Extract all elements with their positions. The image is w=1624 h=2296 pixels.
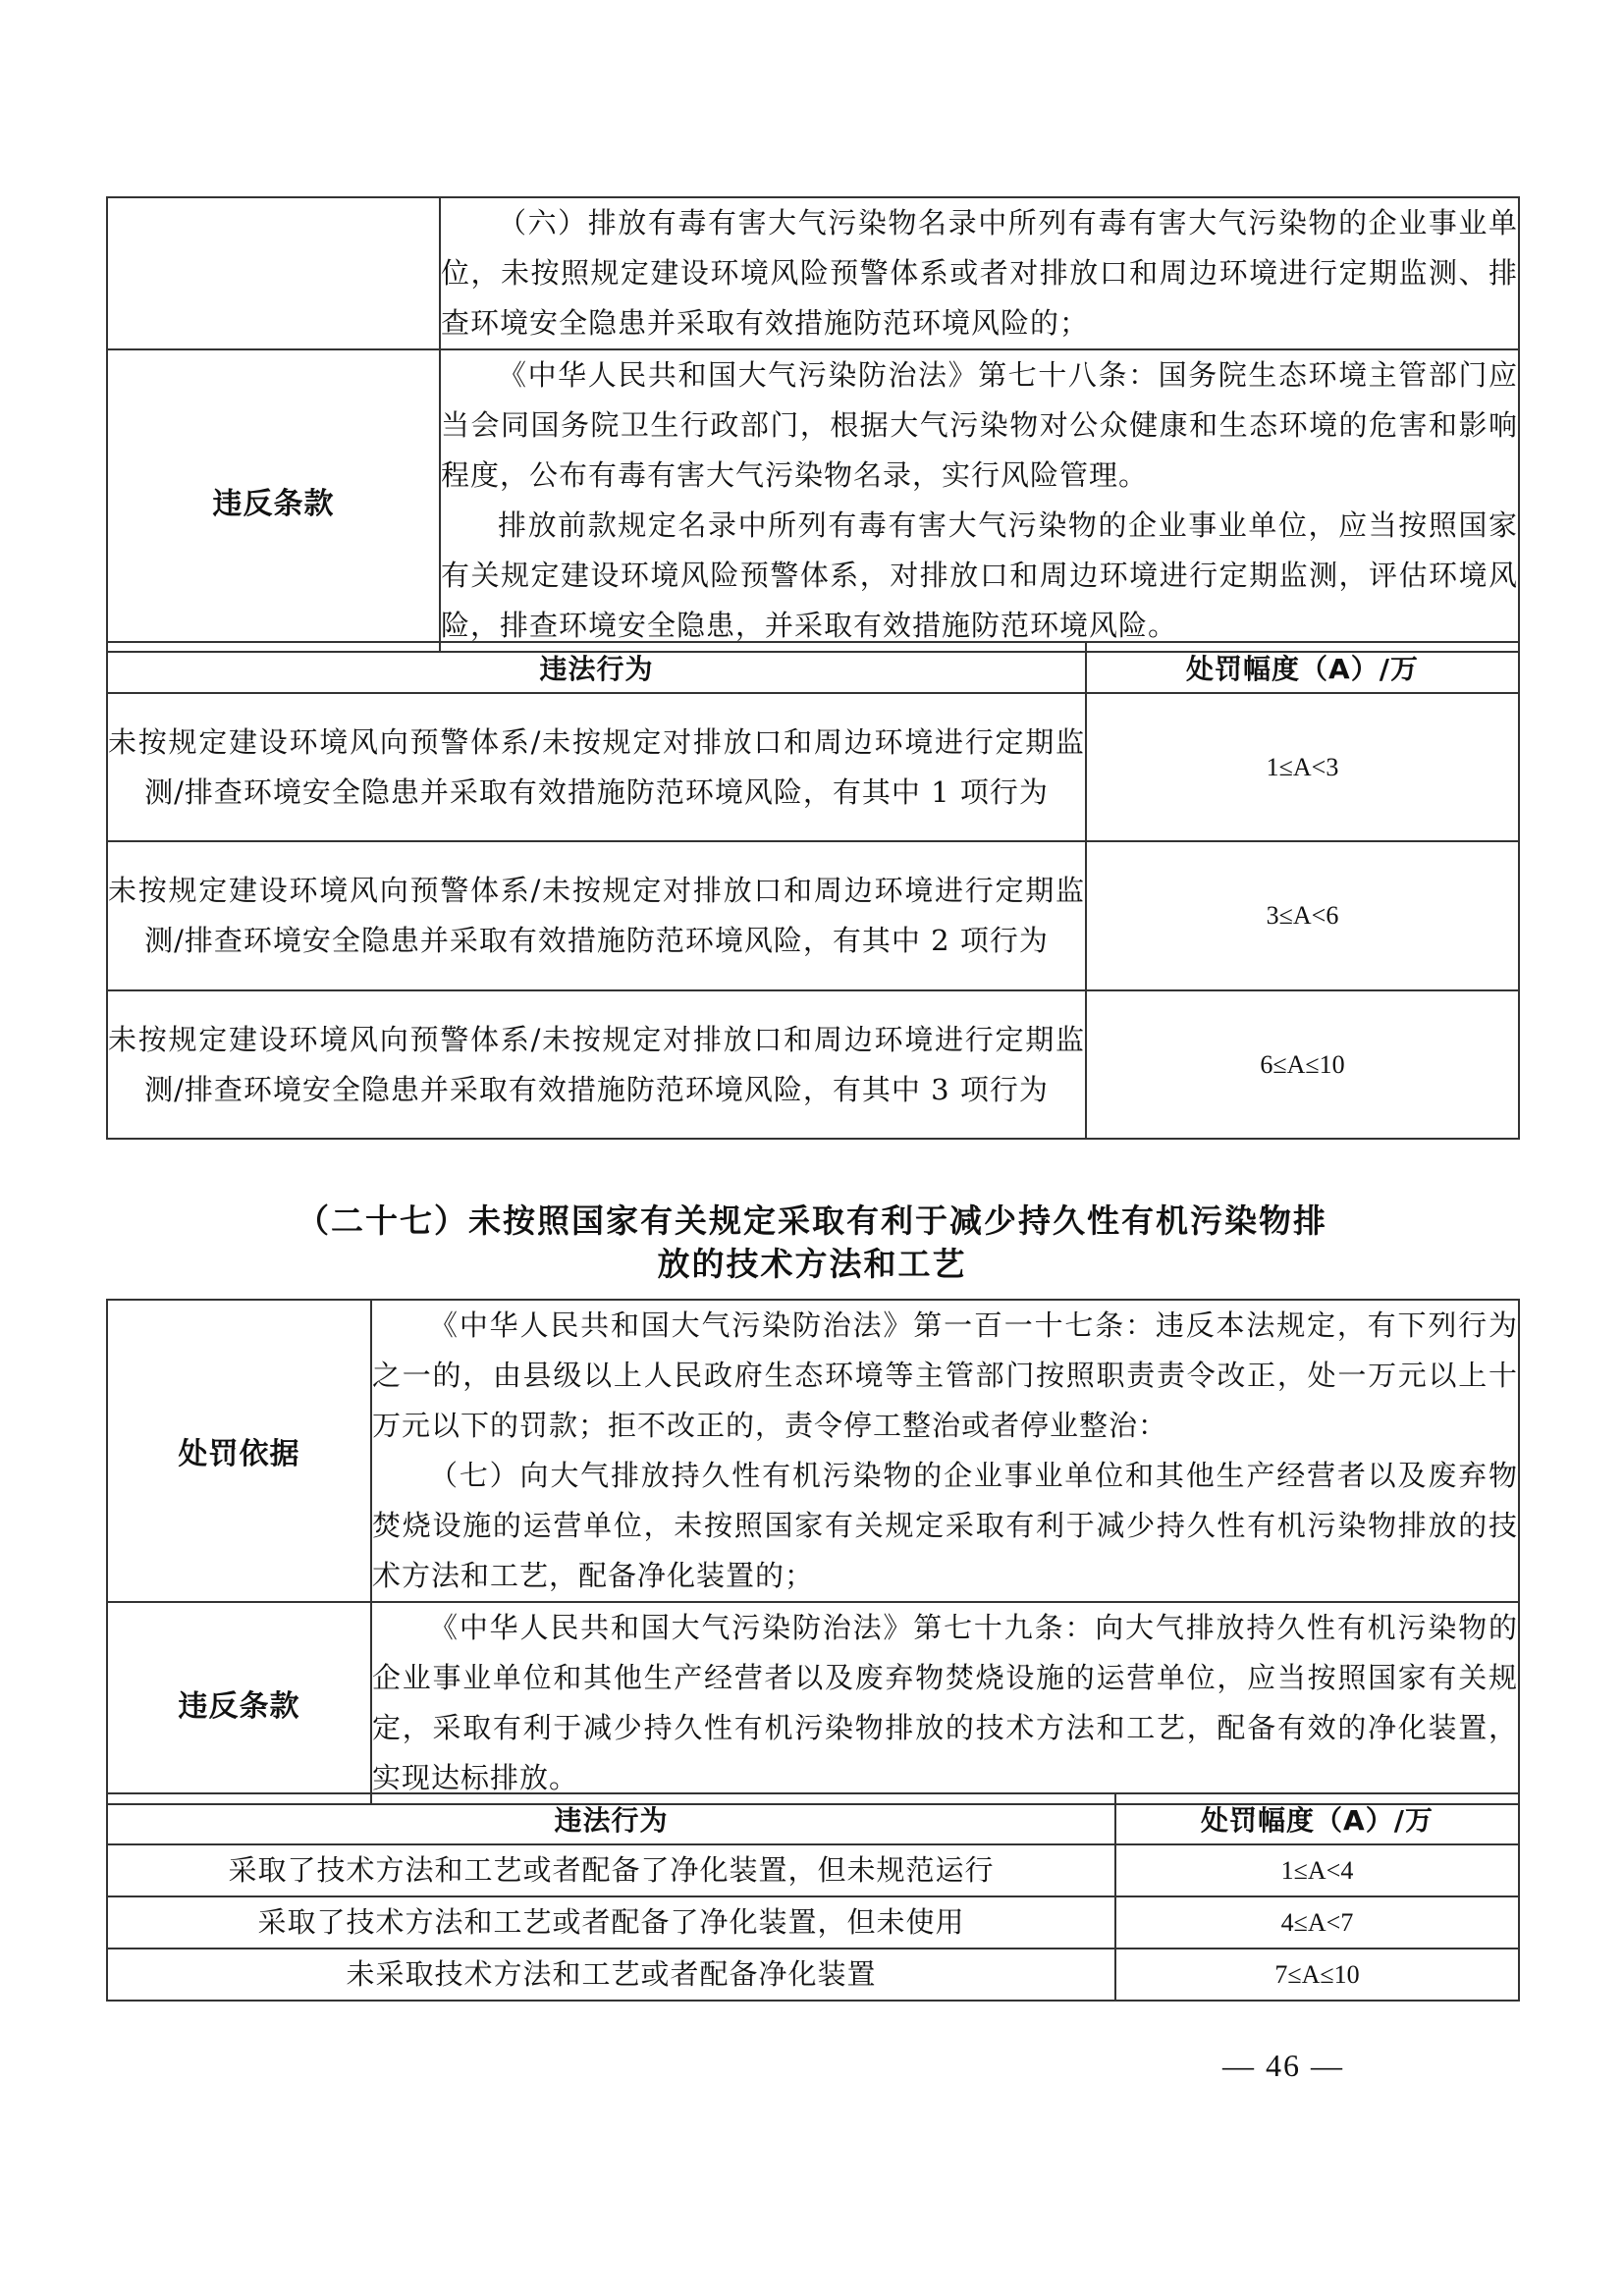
paragraph: （六）排放有毒有害大气污染物名录中所列有毒有害大气污染物的企业事业单位，未按照规… [441, 198, 1518, 348]
behavior-cell: 未采取技术方法和工艺或者配备净化装置 [107, 1949, 1115, 2001]
penalty-range-cell: 6≤A≤10 [1086, 990, 1519, 1139]
section-title: （二十七）未按照国家有关规定采取有利于减少持久性有机污染物排 放的技术方法和工艺 [106, 1200, 1518, 1286]
table2-header-behavior: 违法行为 [107, 1793, 1115, 1844]
paragraph: 《中华人民共和国大气污染防治法》第一百一十七条：违反本法规定，有下列行为之一的，… [372, 1301, 1518, 1451]
table2-basis-row: 处罚依据 《中华人民共和国大气污染防治法》第一百一十七条：违反本法规定，有下列行… [107, 1300, 1519, 1602]
paragraph: 《中华人民共和国大气污染防治法》第七十九条：向大气排放持久性有机污染物的企业事业… [372, 1603, 1518, 1803]
table2-violated-clause-text: 《中华人民共和国大气污染防治法》第七十九条：向大气排放持久性有机污染物的企业事业… [371, 1602, 1519, 1804]
table-row: 未按规定建设环境风向预警体系/未按规定对排放口和周边环境进行定期监测/排查环境安… [107, 990, 1519, 1139]
behavior-cell: 采取了技术方法和工艺或者配备了净化装置，但未规范运行 [107, 1844, 1115, 1896]
table2-violated-clause-row: 违反条款 《中华人民共和国大气污染防治法》第七十九条：向大气排放持久性有机污染物… [107, 1602, 1519, 1804]
section-title-line2: 放的技术方法和工艺 [106, 1243, 1518, 1286]
penalty-range-cell: 4≤A<7 [1115, 1896, 1519, 1949]
table-row: 未按规定建设环境风向预警体系/未按规定对排放口和周边环境进行定期监测/排查环境安… [107, 693, 1519, 841]
table2-basis-text: 《中华人民共和国大气污染防治法》第一百一十七条：违反本法规定，有下列行为之一的，… [371, 1300, 1519, 1602]
paragraph: 排放前款规定名录中所列有毒有害大气污染物的企业事业单位，应当按照国家有关规定建设… [441, 501, 1518, 651]
penalty-range-cell: 1≤A<3 [1086, 693, 1519, 841]
table-row: 未按规定建设环境风向预警体系/未按规定对排放口和周边环境进行定期监测/排查环境安… [107, 841, 1519, 990]
table-row: 未采取技术方法和工艺或者配备净化装置 7≤A≤10 [107, 1949, 1519, 2001]
penalty-range-cell: 1≤A<4 [1115, 1844, 1519, 1896]
section-title-line1: （二十七）未按照国家有关规定采取有利于减少持久性有机污染物排 [106, 1200, 1518, 1243]
table1-violated-clause-text: 《中华人民共和国大气污染防治法》第七十八条：国务院生态环境主管部门应当会同国务院… [440, 349, 1519, 652]
table-row: 采取了技术方法和工艺或者配备了净化装置，但未规范运行 1≤A<4 [107, 1844, 1519, 1896]
paragraph: （七）向大气排放持久性有机污染物的企业事业单位和其他生产经营者以及废弃物焚烧设施… [372, 1451, 1518, 1601]
table1-violated-clause-label: 违反条款 [107, 349, 440, 652]
table1-continued-text: （六）排放有毒有害大气污染物名录中所列有毒有害大气污染物的企业事业单位，未按照规… [440, 197, 1519, 349]
table1-header-penalty: 处罚幅度（A）/万 [1086, 642, 1519, 693]
penalty-range-cell: 3≤A<6 [1086, 841, 1519, 990]
table2-header-row: 违法行为 处罚幅度（A）/万 [107, 1793, 1519, 1844]
behavior-cell: 未按规定建设环境风向预警体系/未按规定对排放口和周边环境进行定期监测/排查环境安… [107, 841, 1086, 990]
table1-penalty-table: 违法行为 处罚幅度（A）/万 未按规定建设环境风向预警体系/未按规定对排放口和周… [106, 641, 1520, 1140]
table1-legal-text: （六）排放有毒有害大气污染物名录中所列有毒有害大气污染物的企业事业单位，未按照规… [106, 196, 1520, 653]
table2-penalty-table: 违法行为 处罚幅度（A）/万 采取了技术方法和工艺或者配备了净化装置，但未规范运… [106, 1792, 1520, 2002]
behavior-cell: 未按规定建设环境风向预警体系/未按规定对排放口和周边环境进行定期监测/排查环境安… [107, 693, 1086, 841]
page-number-text: — 46 — [1222, 2048, 1344, 2084]
table1-continued-label [107, 197, 440, 349]
behavior-cell: 未按规定建设环境风向预警体系/未按规定对排放口和周边环境进行定期监测/排查环境安… [107, 990, 1086, 1139]
penalty-range-cell: 7≤A≤10 [1115, 1949, 1519, 2001]
paragraph: 《中华人民共和国大气污染防治法》第七十八条：国务院生态环境主管部门应当会同国务院… [441, 350, 1518, 501]
table1-header-behavior: 违法行为 [107, 642, 1086, 693]
behavior-cell: 采取了技术方法和工艺或者配备了净化装置，但未使用 [107, 1896, 1115, 1949]
table2-header-penalty: 处罚幅度（A）/万 [1115, 1793, 1519, 1844]
table1-header-row: 违法行为 处罚幅度（A）/万 [107, 642, 1519, 693]
table1-violated-clause-row: 违反条款 《中华人民共和国大气污染防治法》第七十八条：国务院生态环境主管部门应当… [107, 349, 1519, 652]
table-row: 采取了技术方法和工艺或者配备了净化装置，但未使用 4≤A<7 [107, 1896, 1519, 1949]
table2-violated-clause-label: 违反条款 [107, 1602, 371, 1804]
table2-legal-text: 处罚依据 《中华人民共和国大气污染防治法》第一百一十七条：违反本法规定，有下列行… [106, 1299, 1520, 1805]
table1-continued-row: （六）排放有毒有害大气污染物名录中所列有毒有害大气污染物的企业事业单位，未按照规… [107, 197, 1519, 349]
table2-basis-label: 处罚依据 [107, 1300, 371, 1602]
